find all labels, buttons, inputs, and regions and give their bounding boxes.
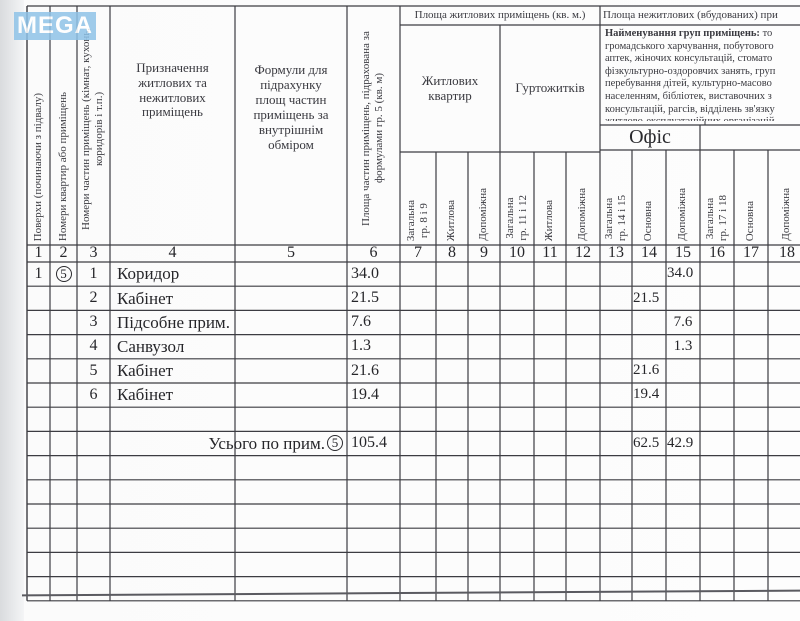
- header-area-by-formula: Площа частин приміщень, підрахована за ф…: [347, 6, 400, 245]
- header-apartment-numbers-text: Номери квартир або приміщень: [57, 92, 70, 241]
- header-sub-c14-text: Основна: [642, 201, 655, 241]
- group-names-label: Найменування груп приміщень:: [605, 28, 760, 39]
- column-number-8: 8: [436, 245, 468, 262]
- header-apartment-numbers: Номери квартир або приміщень: [50, 6, 77, 245]
- room-purpose: Кабінет: [110, 359, 235, 383]
- header-sub-c8-text: Житлова: [445, 200, 458, 241]
- column-number-1: 1: [27, 245, 50, 262]
- header-sub-c13: Загальнагр. 14 і 15: [600, 150, 632, 245]
- header-sub-c8: Житлова: [436, 152, 468, 245]
- column-number-9: 9: [468, 245, 500, 262]
- header-sub-c9: Допоміжна: [468, 152, 500, 245]
- total-area: 105.4: [347, 431, 400, 455]
- header-sub-c16: Загальнагр. 17 і 18: [700, 150, 734, 245]
- header-sub-c16-text: Загальнагр. 17 і 18: [704, 195, 730, 241]
- header-sub-c7: Загальнагр. 8 і 9: [400, 152, 436, 245]
- column-number-3: 3: [77, 245, 110, 262]
- header-sub-c15: Допоміжна: [666, 150, 700, 245]
- column-number-14: 14: [632, 245, 666, 262]
- room-part-number: 4: [77, 335, 110, 359]
- group-names-line: населенням, бібліотек, виставочних з: [605, 91, 772, 104]
- office-auxiliary-area: 1.3: [666, 335, 700, 359]
- header-sub-c7-text: Загальнагр. 8 і 9: [405, 200, 431, 241]
- group-names-line: аптек, жіночих консультацій, стомато: [605, 53, 772, 66]
- column-number-4: 4: [110, 245, 235, 262]
- group-names-line: перебування дітей, культурно-масово: [605, 78, 772, 91]
- header-nonresidential-area-group: Площа нежитлових (вбудованих) при: [600, 6, 800, 25]
- office-auxiliary-area: 7.6: [666, 310, 700, 334]
- header-sub-c15-text: Допоміжна: [676, 188, 689, 241]
- column-number-6: 6: [347, 245, 400, 262]
- room-purpose: Кабінет: [110, 383, 235, 407]
- total-office-main-area: 62.5: [632, 431, 670, 455]
- header-sub-c18: Допоміжна: [768, 150, 800, 245]
- column-number-5: 5: [235, 245, 347, 262]
- circled-total-apartment-number: 5: [327, 435, 343, 451]
- header-residential-apartments: Житлових квартир: [400, 25, 500, 152]
- room-purpose: Кабінет: [110, 286, 235, 310]
- column-number-13: 13: [600, 245, 632, 262]
- header-sub-c12-text: Допоміжна: [576, 188, 589, 241]
- room-part-number: 3: [77, 310, 110, 334]
- header-sub-c17: Основна: [734, 150, 768, 245]
- header-sub-c10: Загальнагр. 11 і 12: [500, 152, 534, 245]
- column-number-16: 16: [700, 245, 734, 262]
- header-residential-area-group: Площа житлових приміщень (кв. м.): [400, 6, 600, 25]
- header-sub-c13-text: Загальнагр. 14 і 15: [603, 195, 629, 241]
- header-sub-c10-text: Загальнагр. 11 і 12: [504, 195, 530, 241]
- header-sub-c11: Житлова: [534, 152, 566, 245]
- header-sub-c14: Основна: [632, 150, 666, 245]
- column-number-2: 2: [50, 245, 77, 262]
- room-area: 34.0: [347, 262, 400, 286]
- group-names-description: Найменування груп приміщень: тогромадськ…: [600, 25, 800, 121]
- office-main-area: 21.5: [632, 286, 670, 310]
- scanned-document-page: Поверхи (починаючи з підвалу)Номери квар…: [0, 0, 800, 621]
- room-part-number: 5: [77, 359, 110, 383]
- header-floors-text: Поверхи (починаючи з підвалу): [32, 93, 45, 241]
- office-main-area: 19.4: [632, 383, 670, 407]
- room-purpose: Підсобне прим.: [110, 310, 235, 334]
- room-part-number: 2: [77, 286, 110, 310]
- total-office-auxiliary-area: 42.9: [666, 431, 704, 455]
- column-number-18: 18: [768, 245, 800, 262]
- floor-number: 1: [27, 262, 50, 286]
- group-names-line: громадського харчування, побутового: [605, 41, 774, 54]
- header-room-part-numbers: Номери частин приміщень (кімнат, кухонь,…: [77, 6, 110, 245]
- room-area: 21.6: [347, 359, 400, 383]
- room-part-number: 1: [77, 262, 110, 286]
- total-label-cell: Усього по прим.5: [110, 431, 343, 455]
- column-number-11: 11: [534, 245, 566, 262]
- room-area: 7.6: [347, 310, 400, 334]
- header-area-by-formula-text: Площа частин приміщень, підрахована за ф…: [360, 16, 386, 241]
- room-area: 19.4: [347, 383, 400, 407]
- column-number-12: 12: [566, 245, 600, 262]
- header-sub-c9-text: Допоміжна: [477, 188, 490, 241]
- room-purpose: Санвузол: [110, 335, 235, 359]
- header-sub-c11-text: Житлова: [543, 200, 556, 241]
- column-number-17: 17: [734, 245, 768, 262]
- office-auxiliary-area: 34.0: [666, 262, 700, 286]
- header-sub-c18-text: Допоміжна: [780, 188, 793, 241]
- apartment-number-cell: 5: [50, 262, 77, 286]
- header-office: Офіс: [600, 125, 700, 150]
- header-sub-c17-text: Основна: [744, 201, 757, 241]
- office-main-area: 21.6: [632, 359, 670, 383]
- column-number-7: 7: [400, 245, 436, 262]
- room-purpose: Коридор: [110, 262, 235, 286]
- header-floors: Поверхи (починаючи з підвалу): [27, 6, 50, 245]
- header-dormitories: Гуртожитків: [500, 25, 600, 152]
- header-sub-c12: Допоміжна: [566, 152, 600, 245]
- group-names-line: фізкультурно-оздоровчих занять, груп: [605, 66, 775, 79]
- mega-watermark-logo: MEGA: [14, 12, 96, 40]
- column-number-10: 10: [500, 245, 534, 262]
- circled-apartment-number: 5: [56, 266, 72, 282]
- room-area: 1.3: [347, 335, 400, 359]
- header-room-part-numbers-text: Номери частин приміщень (кімнат, кухонь,…: [80, 16, 106, 241]
- room-area: 21.5: [347, 286, 400, 310]
- group-names-line: консультацій, рагсів, відділень зв'язку: [605, 104, 775, 117]
- total-label: Усього по прим.: [208, 434, 325, 454]
- group-names-line: житлово-експлуатаційних організацій: [605, 116, 774, 121]
- group-names-first-line: Найменування груп приміщень: то: [605, 28, 772, 41]
- header-area-formulas: Формули для підрахунку площ частин примі…: [235, 6, 347, 210]
- header-room-purpose: Призначення житлових та нежитлових примі…: [110, 6, 235, 175]
- room-part-number: 6: [77, 383, 110, 407]
- column-number-15: 15: [666, 245, 700, 262]
